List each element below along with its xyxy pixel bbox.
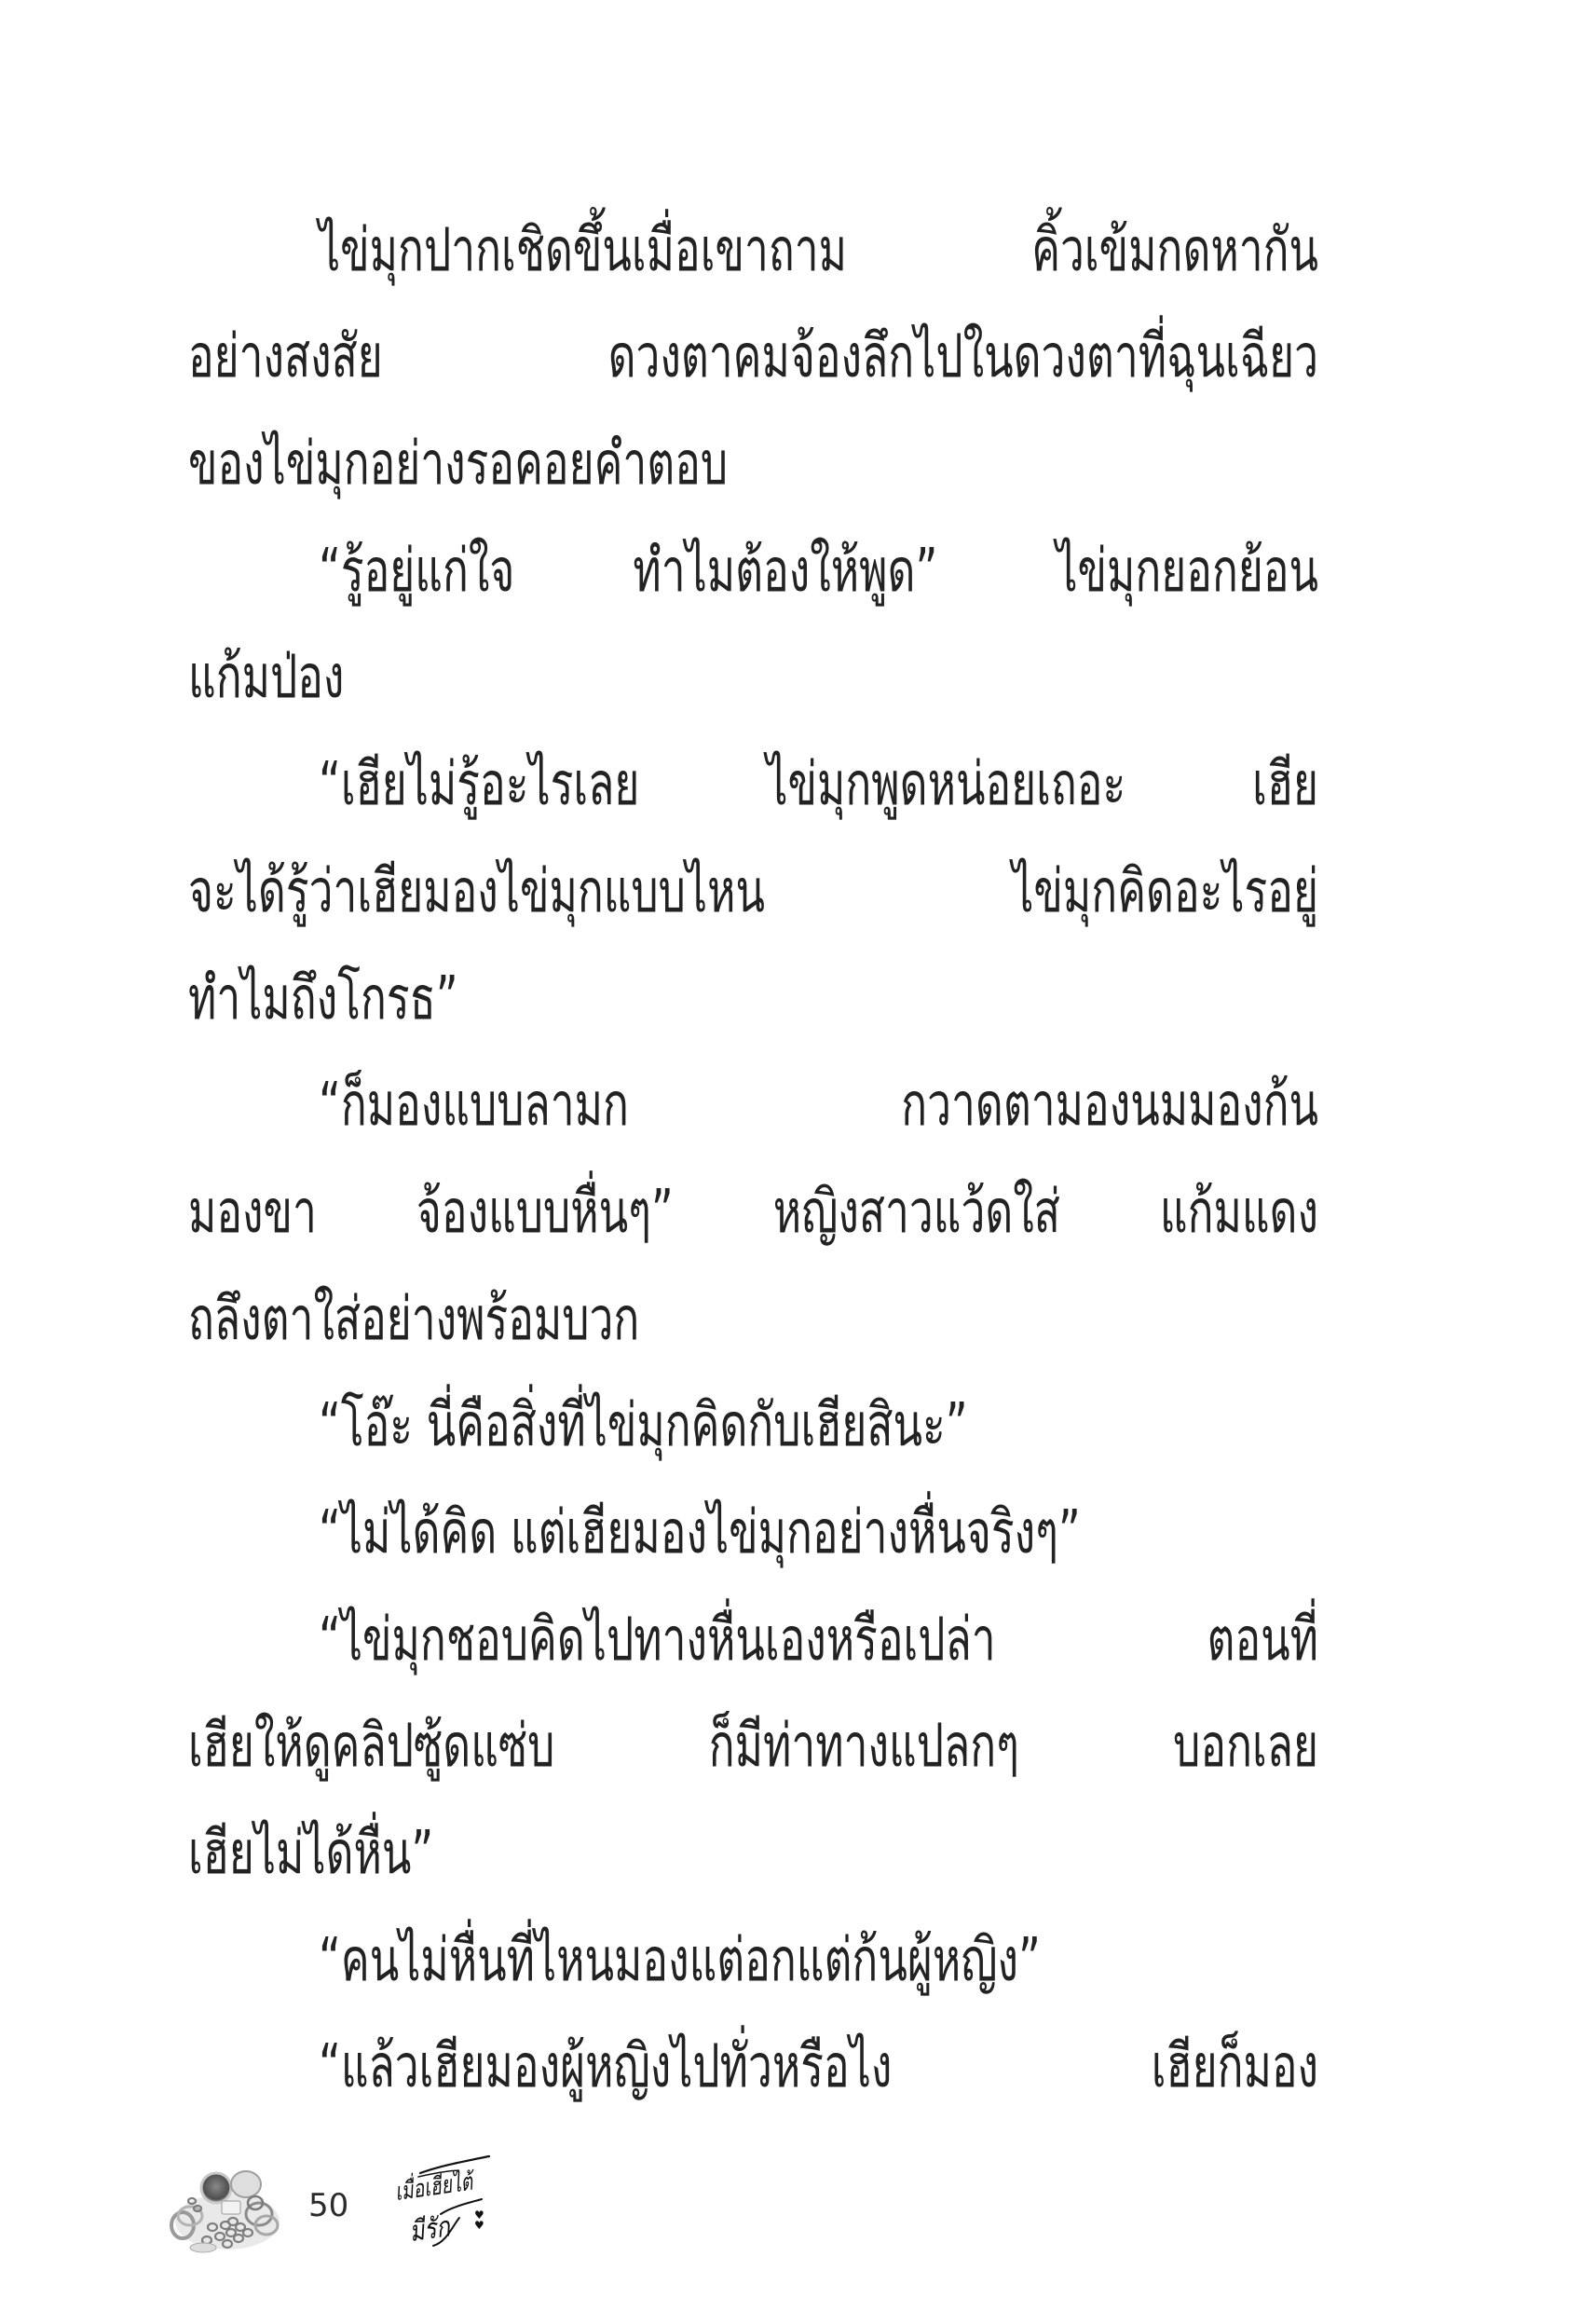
text-line-9: “ก็มองแบบลามก กวาดตามองนมมองก้น: [188, 1042, 1318, 1149]
line-text: “ไข่มุกชอบคิดไปทางหื่นเองหรือเปล่า ตอนที…: [319, 1610, 1318, 1670]
text-line-11: ถลึงตาใส่อย่างพร้อมบวก: [188, 1255, 1318, 1362]
text-line-16: เฮียไม่ได้หื่น”: [188, 1789, 1318, 1896]
logo-text-line2: มีรัก: [406, 2205, 452, 2254]
line-text: ทำไมถึงโกรธ”: [188, 969, 1318, 1029]
text-line-2: อย่างสงสัย ดวงตาคมจ้องลึกไปในดวงตาที่ฉุน…: [188, 294, 1318, 401]
text-line-1: ไข่มุกปากเชิดขึ้นเมื่อเขาถาม คิ้วเข้มกดห…: [188, 186, 1318, 294]
text-line-13: “ไม่ได้คิด แต่เฮียมองไข่มุกอย่างหื่นจริง…: [188, 1469, 1318, 1576]
line-text: “คนไม่หื่นที่ไหนมองแต่อกแต่ก้นผู้หญิง”: [319, 1931, 1318, 1990]
heart-icon: ♥♥: [474, 2210, 484, 2231]
line-text: “ก็มองแบบลามก กวาดตามองนมมองก้น: [319, 1075, 1318, 1135]
line-text: “โอ๊ะ นี่คือสิ่งที่ไข่มุกคิดกับเฮียสินะ”: [319, 1396, 1318, 1456]
text-line-5: แก้มป่อง: [188, 614, 1318, 721]
text-line-15: เฮียให้ดูคลิปซู้ดแซ่บ ก็มีท่าทางแปลกๆ บอ…: [188, 1683, 1318, 1790]
line-text: “รู้อยู่แก่ใจ ทำไมต้องให้พูด” ไข่มุกยอกย…: [319, 541, 1318, 601]
line-text: จะได้รู้ว่าเฮียมองไข่มุกแบบไหน ไข่มุกคิด…: [188, 862, 1318, 922]
line-text: เฮียให้ดูคลิปซู้ดแซ่บ ก็มีท่าทางแปลกๆ บอ…: [188, 1716, 1318, 1776]
body-text: ไข่มุกปากเชิดขึ้นเมื่อเขาถาม คิ้วเข้มกดห…: [188, 186, 1318, 2110]
line-text: ถลึงตาใส่อย่างพร้อมบวก: [188, 1290, 1318, 1349]
text-line-7: จะได้รู้ว่าเฮียมองไข่มุกแบบไหน ไข่มุกคิด…: [188, 827, 1318, 935]
text-line-17: “คนไม่หื่นที่ไหนมองแต่อกแต่ก้นผู้หญิง”: [188, 1896, 1318, 2003]
text-line-8: ทำไมถึงโกรธ”: [188, 935, 1318, 1042]
line-text: แก้มป่อง: [188, 648, 1318, 707]
jewelry-image-icon: [170, 2167, 283, 2255]
line-text: อย่างสงสัย ดวงตาคมจ้องลึกไปในดวงตาที่ฉุน…: [188, 327, 1318, 387]
line-text: ของไข่มุกอย่างรอคอยคำตอบ: [188, 434, 1318, 494]
text-line-4: “รู้อยู่แก่ใจ ทำไมต้องให้พูด” ไข่มุกยอกย…: [188, 507, 1318, 614]
text-line-12: “โอ๊ะ นี่คือสิ่งที่ไข่มุกคิดกับเฮียสินะ”: [188, 1362, 1318, 1470]
text-line-6: “เฮียไม่รู้อะไรเลย ไข่มุกพูดหน่อยเถอะ เฮ…: [188, 720, 1318, 827]
text-line-14: “ไข่มุกชอบคิดไปทางหื่นเองหรือเปล่า ตอนที…: [188, 1576, 1318, 1683]
page-number: 50: [308, 2190, 348, 2222]
line-text: มองขา จ้องแบบหื่นๆ” หญิงสาวแว้ดใส่ แก้มแ…: [188, 1183, 1318, 1242]
line-text: “ไม่ได้คิด แต่เฮียมองไข่มุกอย่างหื่นจริง…: [319, 1503, 1318, 1563]
line-text: “เฮียไม่รู้อะไรเลย ไข่มุกพูดหน่อยเถอะ เฮ…: [319, 755, 1318, 814]
text-line-10: มองขา จ้องแบบหื่นๆ” หญิงสาวแว้ดใส่ แก้มแ…: [188, 1148, 1318, 1255]
line-text: เฮียไม่ได้หื่น”: [188, 1824, 1318, 1883]
line-text: ไข่มุกปากเชิดขึ้นเมื่อเขาถาม คิ้วเข้มกดห…: [319, 221, 1318, 280]
book-title-logo: เมื่อเฮียไต้ มีรัก ♥♥: [396, 2153, 493, 2253]
line-text: “แล้วเฮียมองผู้หญิงไปทั่วหรือไง เฮียก็มอ…: [319, 2037, 1318, 2097]
book-page: ไข่มุกปากเชิดขึ้นเมื่อเขาถาม คิ้วเข้มกดห…: [0, 0, 1596, 2311]
text-line-3: ของไข่มุกอย่างรอคอยคำตอบ: [188, 400, 1318, 507]
text-line-18: “แล้วเฮียมองผู้หญิงไปทั่วหรือไง เฮียก็มอ…: [188, 2003, 1318, 2111]
